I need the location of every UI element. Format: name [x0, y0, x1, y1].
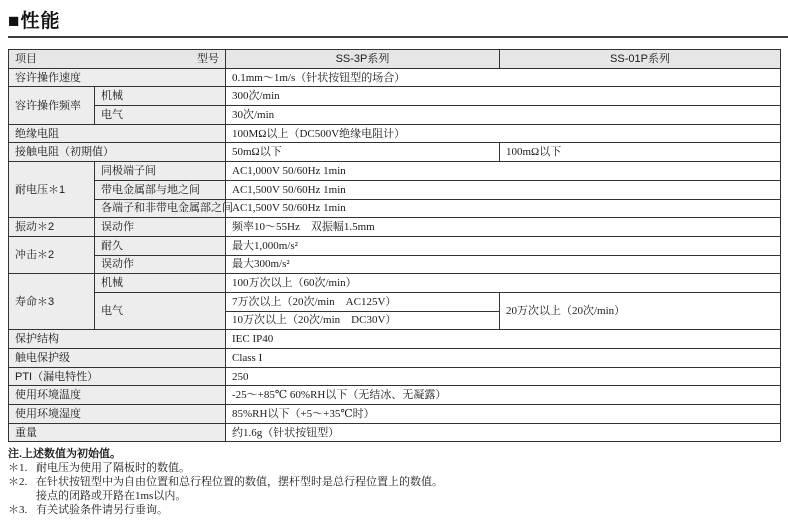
header-series2: SS-01P系列	[500, 50, 781, 69]
spec-label: 冲击＊2	[9, 236, 95, 273]
footnote-1: ＊1. 耐电压为使用了隔板时的数值。	[8, 462, 780, 476]
spec-sublabel: 各端子和非带电金属部之间	[95, 199, 226, 218]
spec-value: 最大1,000m/s²	[226, 236, 781, 255]
spec-value-ss3p: 7万次以上（20次/min AC125V）	[226, 292, 500, 311]
performance-spec-table: 项目 型号 SS-3P系列 SS-01P系列 容许操作速度 0.1mm～1m/s…	[8, 49, 781, 442]
spec-sublabel: 电气	[95, 292, 226, 329]
header-series1: SS-3P系列	[226, 50, 500, 69]
spec-sublabel: 耐久	[95, 236, 226, 255]
spec-value: 最大300m/s²	[226, 255, 781, 274]
spec-sublabel: 电气	[95, 106, 226, 125]
spec-label: PTI（漏电特性）	[9, 367, 226, 386]
spec-value: Class I	[226, 349, 781, 368]
spec-label: 振动＊2	[9, 218, 95, 237]
header-row: 项目 型号 SS-3P系列 SS-01P系列	[9, 50, 781, 69]
page-title: ■性能	[8, 6, 780, 33]
row-dielectric-1: 耐电压＊1 同极端子间 AC1,000V 50/60Hz 1min	[9, 162, 781, 181]
footnote-1-marker: ＊1.	[8, 462, 36, 476]
row-operating-speed: 容许操作速度 0.1mm～1m/s（针状按钮型的场合）	[9, 68, 781, 87]
row-dielectric-2: 带电金属部与地之间 AC1,500V 50/60Hz 1min	[9, 180, 781, 199]
row-pti: PTI（漏电特性） 250	[9, 367, 781, 386]
spec-sublabel: 误动作	[95, 218, 226, 237]
footnote-3: ＊3. 有关试验条件请另行垂询。	[8, 504, 780, 518]
footnote-3-text: 有关试验条件请另行垂询。	[36, 504, 780, 518]
spec-sublabel: 误动作	[95, 255, 226, 274]
spec-value-ss3p: 50mΩ以下	[226, 143, 500, 162]
footnote-2-line1: 在针状按钮型中为自由位置和总行程位置的数值，摆杆型时是总行程位置上的数值。	[36, 476, 443, 488]
row-operating-frequency-elec: 电气 30次/min	[9, 106, 781, 125]
footnotes: 注.上述数值为初始值。 ＊1. 耐电压为使用了隔板时的数值。 ＊2. 在针状按钮…	[8, 448, 780, 517]
spec-label: 容许操作速度	[9, 68, 226, 87]
row-vibration: 振动＊2 误动作 频率10～55Hz 双振幅1.5mm	[9, 218, 781, 237]
spec-value: 85%RH以下（+5～+35℃时）	[226, 405, 781, 424]
spec-value: 100万次以上（60次/min）	[226, 274, 781, 293]
spec-label: 容许操作频率	[9, 87, 95, 124]
spec-label: 接触电阻（初期值）	[9, 143, 226, 162]
footnote-2-marker: ＊2.	[8, 476, 36, 490]
footnote-2-text: 在针状按钮型中为自由位置和总行程位置的数值，摆杆型时是总行程位置上的数值。 接点…	[36, 476, 780, 503]
spec-value: 250	[226, 367, 781, 386]
row-shock-durability: 冲击＊2 耐久 最大1,000m/s²	[9, 236, 781, 255]
spec-value: 30次/min	[226, 106, 781, 125]
spec-value: 约1.6g（针状按钮型）	[226, 423, 781, 442]
row-shock-protection-class: 触电保护级 Class I	[9, 349, 781, 368]
spec-value: 100MΩ以上（DC500V绝缘电阻计）	[226, 124, 781, 143]
datasheet-page: ■性能 项目 型号 SS-3P系列 SS-01P系列 容许操作速度 0.1mm～…	[0, 0, 788, 517]
row-contact-resistance: 接触电阻（初期值） 50mΩ以下 100mΩ以下	[9, 143, 781, 162]
header-item-label: 项目	[15, 53, 37, 65]
spec-value: 频率10～55Hz 双振幅1.5mm	[226, 218, 781, 237]
spec-value-ss3p: 10万次以上（20次/min DC30V）	[226, 311, 500, 330]
row-protection-structure: 保护结构 IEC IP40	[9, 330, 781, 349]
footnote-1-text: 耐电压为使用了隔板时的数值。	[36, 462, 780, 476]
spec-label: 触电保护级	[9, 349, 226, 368]
spec-label: 耐电压＊1	[9, 162, 95, 218]
row-life-mechanical: 寿命＊3 机械 100万次以上（60次/min）	[9, 274, 781, 293]
footnote-3-marker: ＊3.	[8, 504, 36, 518]
spec-sublabel: 机械	[95, 274, 226, 293]
row-dielectric-3: 各端子和非带电金属部之间 AC1,500V 50/60Hz 1min	[9, 199, 781, 218]
spec-value-ss01p: 20万次以上（20次/min）	[500, 292, 781, 329]
row-insulation-resistance: 绝缘电阻 100MΩ以上（DC500V绝缘电阻计）	[9, 124, 781, 143]
spec-value: 300次/min	[226, 87, 781, 106]
row-shock-malfunction: 误动作 最大300m/s²	[9, 255, 781, 274]
row-ambient-temperature: 使用环境温度 -25～+85℃ 60%RH以下（无结冰、无凝露）	[9, 386, 781, 405]
spec-value: -25～+85℃ 60%RH以下（无结冰、无凝露）	[226, 386, 781, 405]
footnote-2: ＊2. 在针状按钮型中为自由位置和总行程位置的数值，摆杆型时是总行程位置上的数值…	[8, 476, 780, 503]
row-life-electrical-1: 电气 7万次以上（20次/min AC125V） 20万次以上（20次/min）	[9, 292, 781, 311]
spec-label: 寿命＊3	[9, 274, 95, 330]
row-ambient-humidity: 使用环境湿度 85%RH以下（+5～+35℃时）	[9, 405, 781, 424]
spec-value-ss01p: 100mΩ以下	[500, 143, 781, 162]
header-model-label: 型号	[197, 53, 219, 65]
spec-sublabel: 带电金属部与地之间	[95, 180, 226, 199]
spec-value: AC1,500V 50/60Hz 1min	[226, 180, 781, 199]
spec-sublabel: 同极端子间	[95, 162, 226, 181]
footnote-2-line2: 接点的闭路或开路在1ms以内。	[36, 490, 186, 502]
header-item-model-cell: 项目 型号	[9, 50, 226, 69]
spec-value: AC1,500V 50/60Hz 1min	[226, 199, 781, 218]
footnote-heading: 注.上述数值为初始值。	[8, 448, 780, 462]
spec-label: 保护结构	[9, 330, 226, 349]
spec-label: 使用环境湿度	[9, 405, 226, 424]
spec-value: IEC IP40	[226, 330, 781, 349]
title-rule	[8, 36, 788, 38]
spec-label: 使用环境温度	[9, 386, 226, 405]
spec-label: 绝缘电阻	[9, 124, 226, 143]
row-operating-frequency-mech: 容许操作频率 机械 300次/min	[9, 87, 781, 106]
row-weight: 重量 约1.6g（针状按钮型）	[9, 423, 781, 442]
spec-value: 0.1mm～1m/s（针状按钮型的场合）	[226, 68, 781, 87]
spec-value: AC1,000V 50/60Hz 1min	[226, 162, 781, 181]
spec-sublabel: 机械	[95, 87, 226, 106]
spec-label: 重量	[9, 423, 226, 442]
